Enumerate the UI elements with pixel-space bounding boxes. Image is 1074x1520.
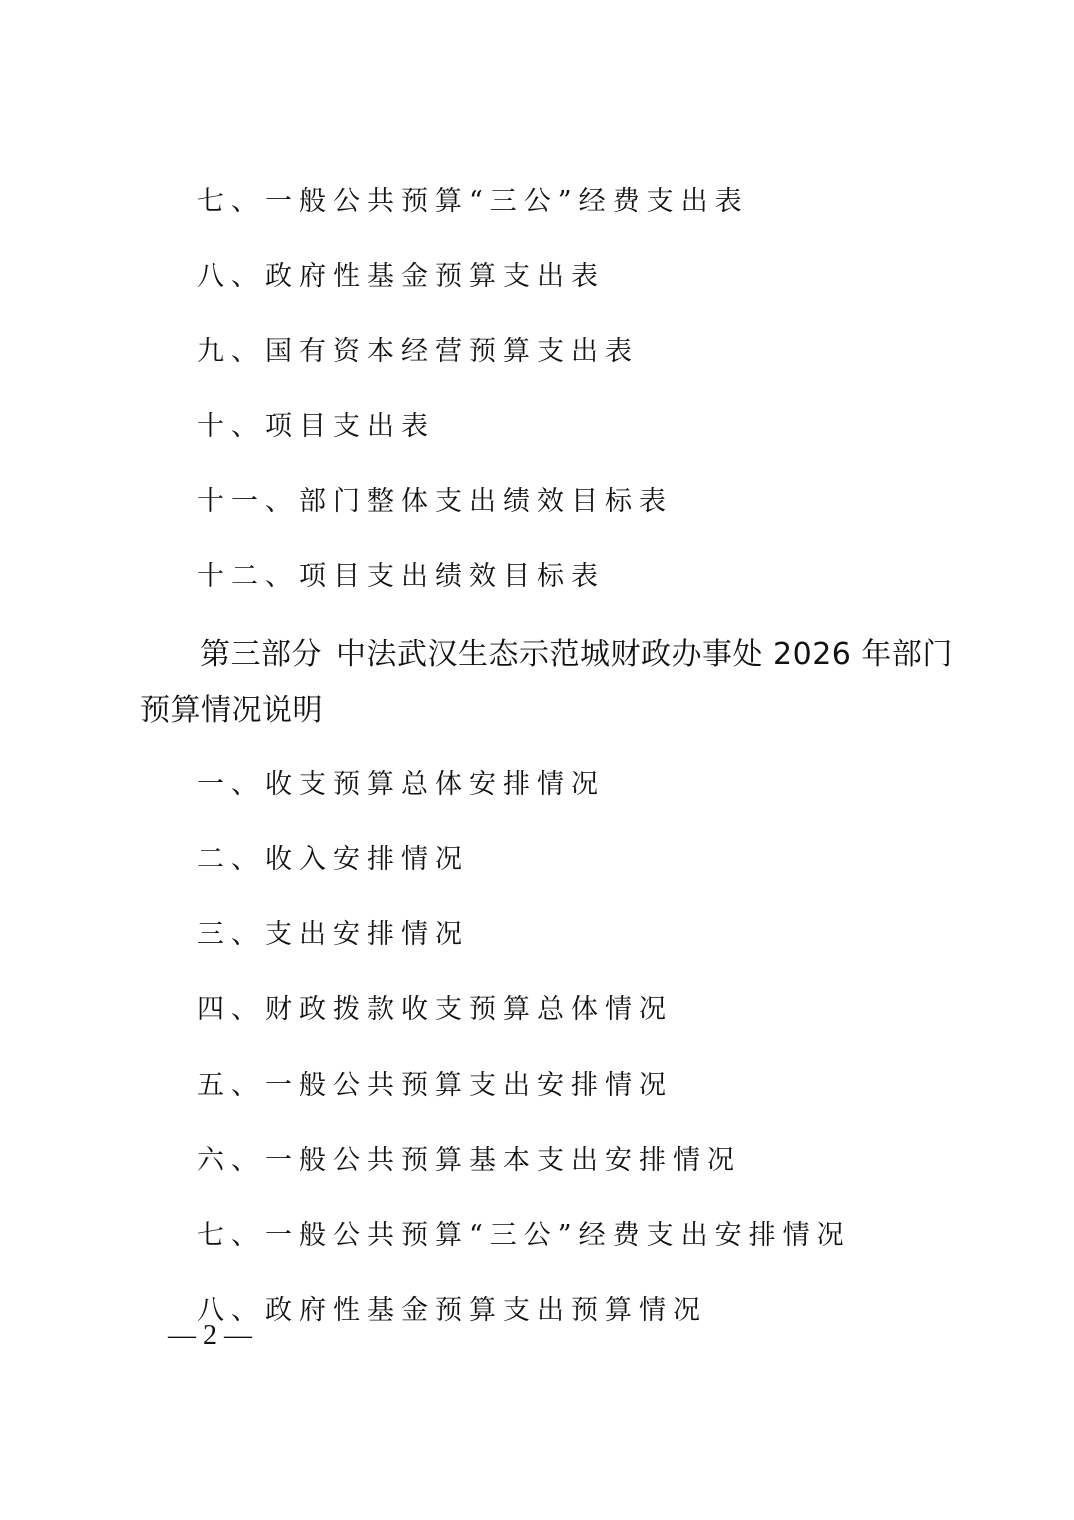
toc-item-part3-4: 四、财政拨款收支预算总体情况 [197,990,673,1030]
toc-item-part3-2: 二、收入安排情况 [197,840,469,880]
toc-item-part3-5: 五、一般公共预算支出安排情况 [197,1066,673,1106]
document-page: 七、一般公共预算“三公”经费支出表 八、政府性基金预算支出表 九、国有资本经营预… [0,0,1074,1520]
toc-item-part2-7: 七、一般公共预算“三公”经费支出表 [197,182,749,222]
toc-item-part2-10: 十、项目支出表 [197,407,435,447]
section-heading-part3: 第三部分中法武汉生态示范城财政办事处 2026 年部门 [140,626,953,684]
toc-item-part2-12: 十二、项目支出绩效目标表 [197,557,605,597]
page-number: — 2 — [168,1318,252,1354]
toc-item-part3-1: 一、收支预算总体安排情况 [197,765,605,805]
part-title-line1: 中法武汉生态示范城财政办事处 2026 年部门 [336,637,953,672]
part-label: 第三部分 [200,637,322,672]
toc-item-part3-8: 八、政府性基金预算支出预算情况 [197,1291,707,1331]
toc-item-part3-3: 三、支出安排情况 [197,915,469,955]
section-heading-part3-line2: 预算情况说明 [140,682,323,740]
toc-item-part2-11: 十一、部门整体支出绩效目标表 [197,482,673,522]
toc-item-part3-7: 七、一般公共预算“三公”经费支出安排情况 [197,1216,851,1256]
toc-item-part2-9: 九、国有资本经营预算支出表 [197,332,639,372]
part-title-line2: 预算情况说明 [140,693,323,728]
toc-item-part3-6: 六、一般公共预算基本支出安排情况 [197,1141,741,1181]
toc-item-part2-8: 八、政府性基金预算支出表 [197,257,605,297]
